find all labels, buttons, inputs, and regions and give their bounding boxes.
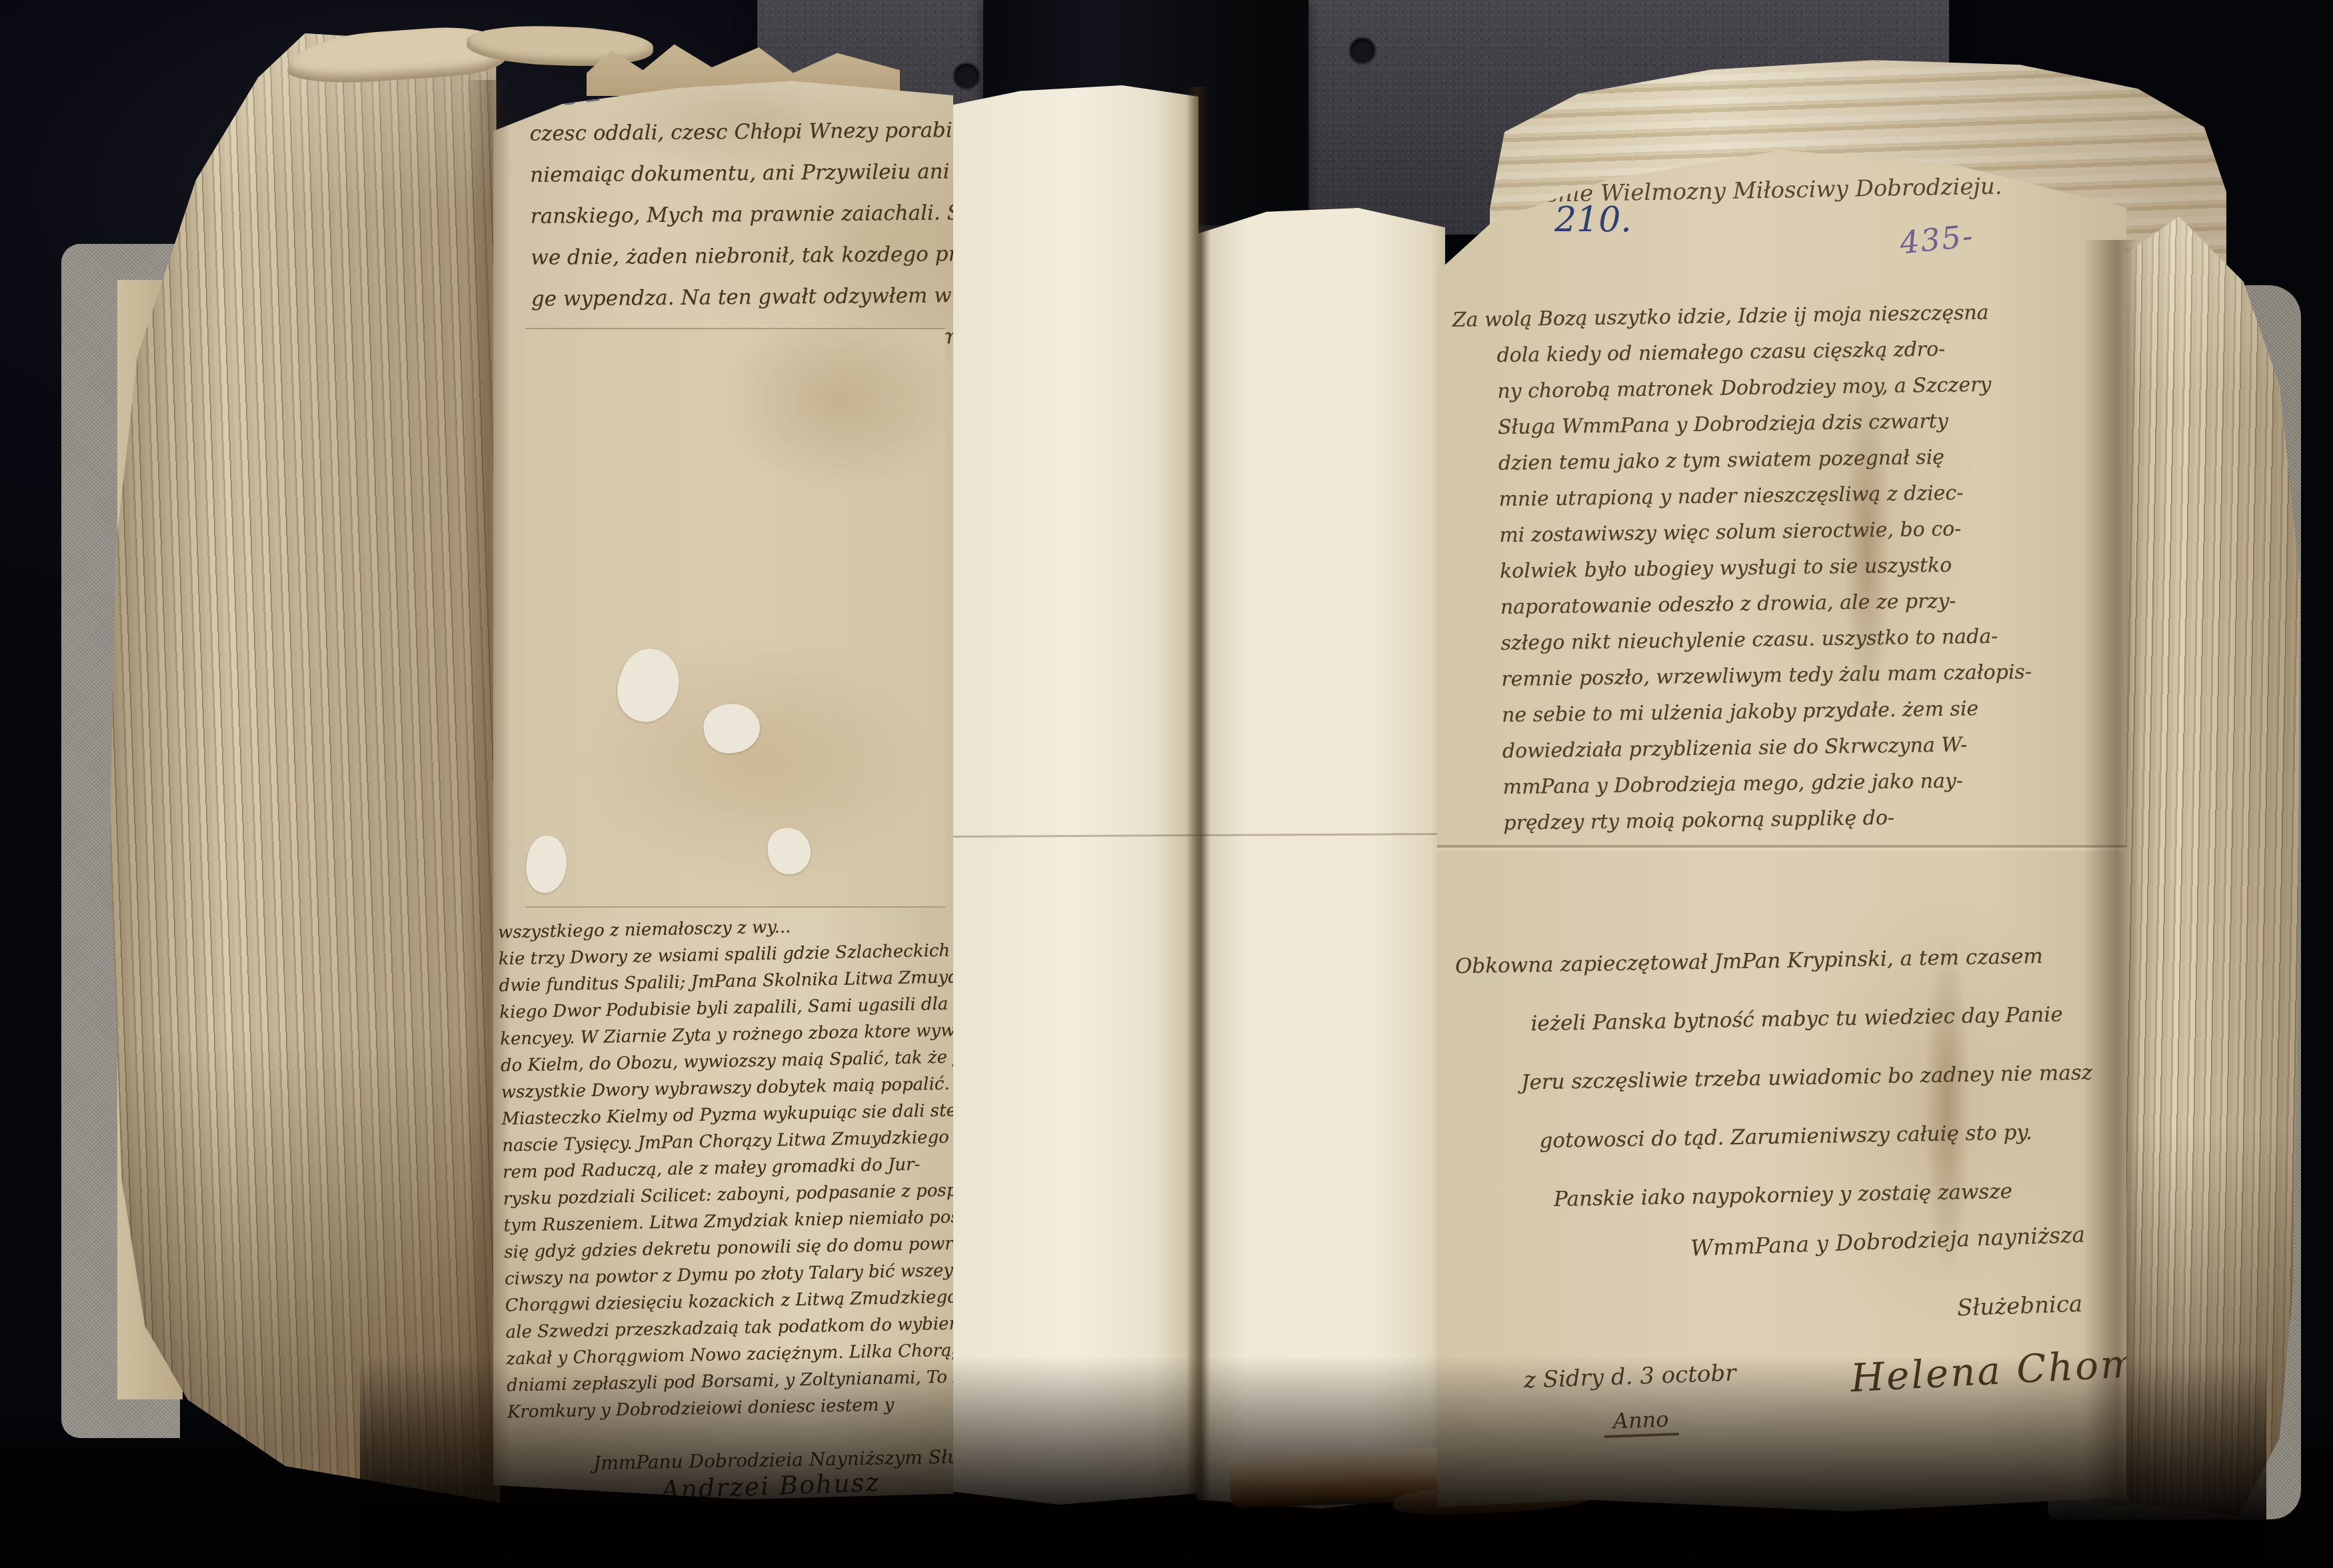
paper-patch <box>608 641 689 730</box>
spread-crease-shadow <box>2084 240 2140 1506</box>
handwriting-line: ieżeli Panska bytność mabyc tu wiedziec … <box>1530 985 2092 1054</box>
blank-page-right <box>1197 208 1445 1509</box>
left-top-letter: czesc oddali, czesc Chłopi Wnezy porabie… <box>529 108 953 361</box>
document-number-ink: 210. <box>1554 200 1632 240</box>
dateline: z Sidry d. 3 octobr <box>1523 1359 1736 1393</box>
paper-patch <box>766 826 813 876</box>
right-page: + Jasnie Wielmozny Miłosciwy Dobrodzieju… <box>1437 79 2126 1511</box>
handwriting-line: gotowosci do tąd. Zarumieniwszy całuię s… <box>1539 1102 2094 1170</box>
spread-crease-shadow <box>464 80 511 1493</box>
gutter-shadow <box>1186 87 1210 1499</box>
anno-mark: Anno <box>1603 1406 1678 1438</box>
left-lower-letter: wszystkiego z niemałosczy z wy... kie tr… <box>498 910 953 1426</box>
left-letter-closing: JmmPanu Dobrodzieia Nayniższym Sługą <box>593 1445 953 1474</box>
handwriting-line: Jeru szczęsliwie trzeba uwiadomic bo zad… <box>1520 1044 2092 1112</box>
foam-hole-right <box>1350 39 1374 63</box>
pasted-blank-sheet <box>525 328 945 908</box>
handwriting-line: prędzey rty moią pokorną supplikę do- <box>1503 798 2034 842</box>
folio-number-pencil: 435- <box>1898 217 1975 261</box>
foam-hole-left <box>955 64 979 88</box>
right-lower-letter: Obkowna zapieczętował JmPan Krypinski, a… <box>1454 926 2095 1231</box>
handwriting-line: ge wypendza. Na ten gwałt odzywłem w Gro… <box>531 273 953 320</box>
blank-page-left <box>944 85 1198 1505</box>
handwriting-line: Panskie iako naypokorniey y zostaię zaws… <box>1553 1161 2094 1229</box>
right-letter-role: Służebnica <box>1956 1291 2082 1322</box>
right-letter-closing: WmmPana y Dobrodzieja nayniższa <box>1690 1221 2086 1261</box>
handwriting-line: czesc oddali, czesc Chłopi Wnezy porabie… <box>529 108 953 155</box>
handwriting-line: niemaiąc dokumentu, ani Przywileiu ani L… <box>530 149 953 196</box>
handwriting-line: mmPana y Dobrodzieja mego, gdzie jako na… <box>1502 762 2033 806</box>
handwriting-line: ny chorobą matronek Dobrodziey moy, a Sz… <box>1497 367 2028 410</box>
handwriting-line: ranskiego, Mych ma prawnie zaiachali. Sp… <box>530 191 953 237</box>
paper-patch <box>699 698 765 758</box>
handwriting-line: Obkowna zapieczętował JmPan Krypinski, a… <box>1454 926 2090 996</box>
sheet-seam <box>1437 845 2126 848</box>
right-upper-letter: Za wolą Bozą uszytko idzie, Idzie ij moj… <box>1452 295 2034 842</box>
paper-patch <box>523 833 570 896</box>
handwriting-line: we dnie, żaden niebronił, tak kozdego pr… <box>531 232 953 279</box>
left-page: 731- czesc oddali, czesc Chłopi Wnezy po… <box>493 67 953 1499</box>
manuscript-photo: 731- czesc oddali, czesc Chłopi Wnezy po… <box>0 0 2333 1568</box>
